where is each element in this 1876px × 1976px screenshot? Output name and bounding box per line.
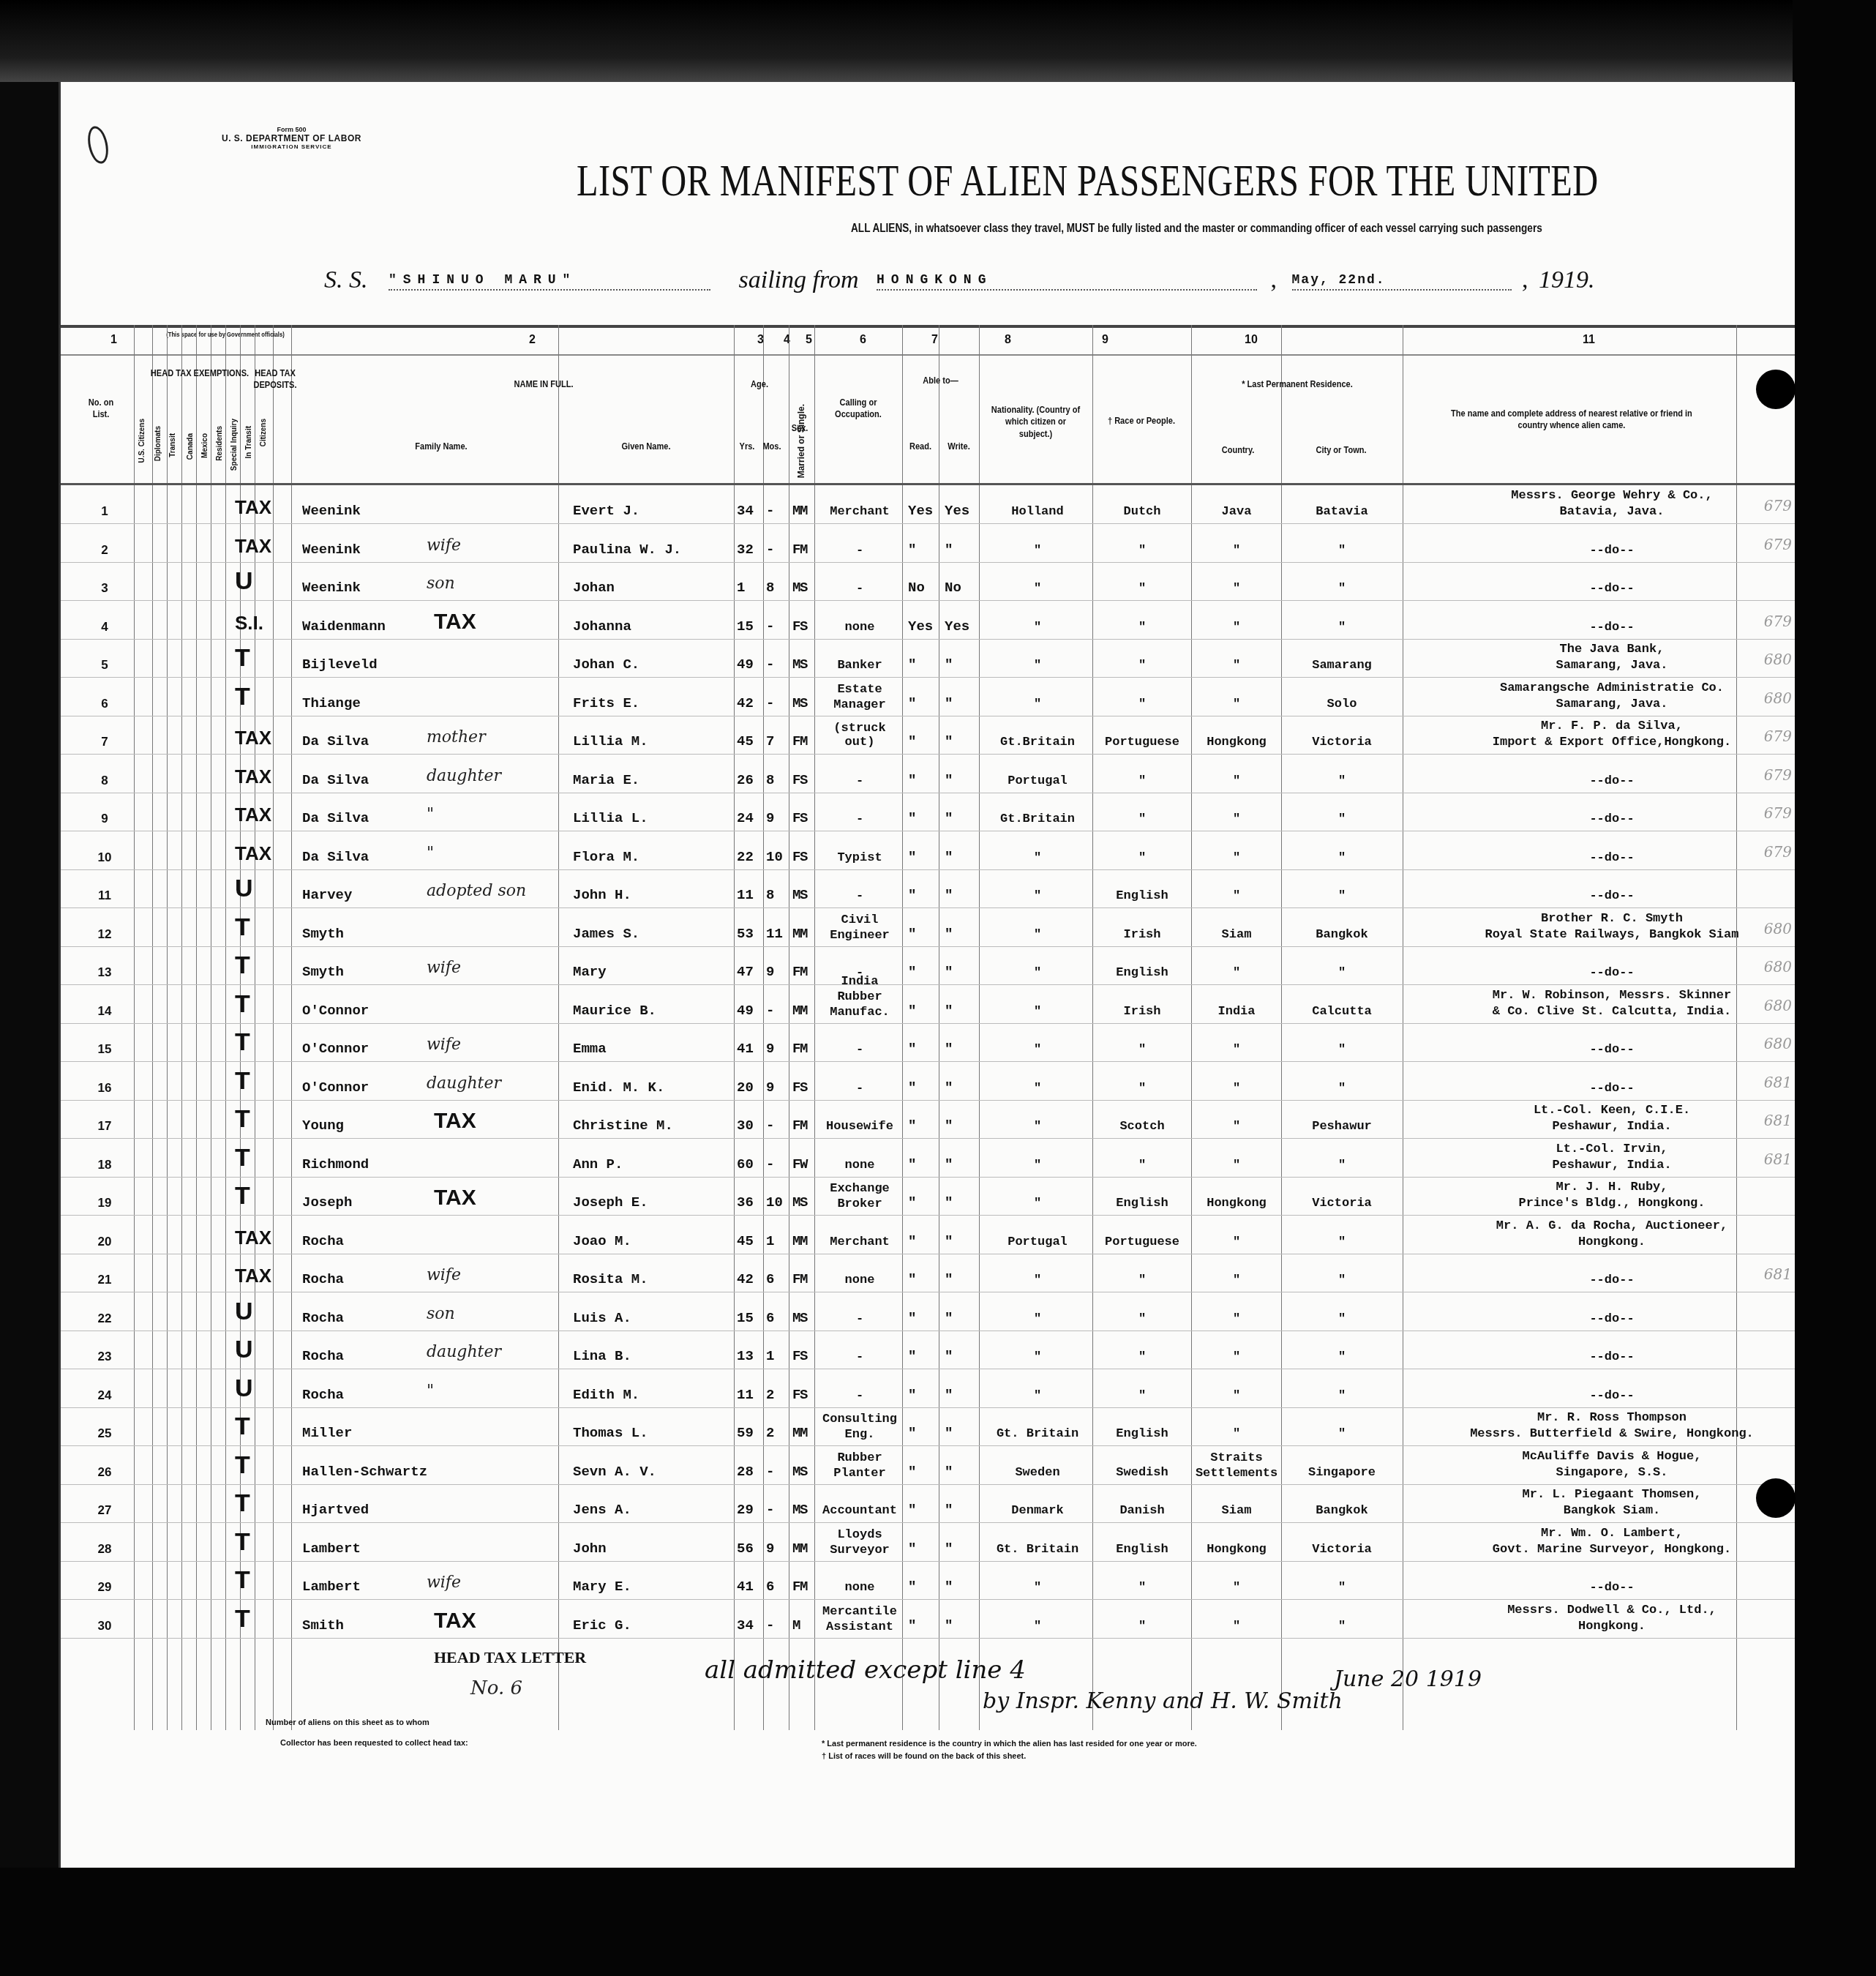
marital-status: S [800, 1079, 808, 1096]
marital-status: S [800, 810, 808, 826]
col-mos: Mos. [759, 441, 784, 452]
marital-status: M [800, 1425, 808, 1441]
nearest-relative-address: --do-- [1436, 1273, 1787, 1289]
line-number: 12 [83, 927, 127, 942]
head-tax-mark: T [235, 683, 250, 711]
subcol-transit: Transit [169, 433, 177, 457]
given-name: Sevn A. V. [573, 1464, 656, 1480]
age-years: 49 [737, 656, 754, 673]
relation-note: wife [427, 959, 461, 977]
residence-country: " [1193, 1620, 1280, 1633]
residence-city: " [1283, 774, 1401, 788]
age-years: 15 [737, 1310, 754, 1326]
department-name: U. S. DEPARTMENT OF LABOR [222, 133, 361, 143]
head-tax-mark: T [235, 1489, 250, 1518]
relation-note: TAX [434, 1109, 476, 1134]
given-name: Paulina W. J. [573, 542, 681, 558]
table-row: 21TAXRochawifeRosita M.426FMnone""""""--… [61, 1254, 1795, 1292]
pencil-annotation: 681 [1764, 1265, 1792, 1283]
residence-country: " [1193, 774, 1280, 788]
residence-city: Batavia [1283, 505, 1401, 519]
can-read: " [908, 1003, 916, 1019]
address-line: Lt.-Col. Irvin, [1436, 1142, 1787, 1158]
col-race: † Race or People. [1101, 415, 1182, 427]
can-read: " [908, 695, 916, 711]
residence-city: Bangkok [1283, 1504, 1401, 1518]
age-months: - [766, 1118, 774, 1134]
nearest-relative-address: Mr. Wm. O. Lambert,Govt. Marine Surveyor… [1436, 1526, 1787, 1558]
age-years: 59 [737, 1425, 754, 1441]
line-number: 29 [83, 1580, 127, 1595]
race: " [1094, 1159, 1190, 1172]
race: " [1094, 1581, 1190, 1595]
can-write: " [945, 1003, 953, 1019]
nationality: " [984, 1043, 1091, 1057]
address-line: Govt. Marine Surveyor, Hongkong. [1436, 1542, 1787, 1558]
residence-city: " [1283, 1273, 1401, 1287]
age-years: 29 [737, 1502, 754, 1518]
age-months: 8 [766, 887, 774, 903]
line-number: 10 [83, 850, 127, 865]
col-num-1: 1 [110, 334, 117, 347]
can-write: " [945, 1233, 953, 1249]
table-row: 8TAXDa SilvadaughterMaria E.268FS-""Port… [61, 755, 1795, 793]
occupation: Estate Manager [819, 682, 901, 713]
nationality: " [984, 1273, 1091, 1287]
table-row: 5TBijleveldJohan C.49-MSBanker"""""Samar… [61, 639, 1795, 678]
nearest-relative-address: --do-- [1436, 1042, 1787, 1058]
address-line: --do-- [1436, 1081, 1787, 1097]
nationality: " [984, 697, 1091, 711]
residence-city: " [1283, 1581, 1401, 1595]
nationality: Holland [984, 505, 1091, 519]
head-tax-mark: T [235, 1605, 250, 1633]
can-write: " [945, 1041, 953, 1057]
nationality: " [984, 851, 1091, 865]
residence-country: " [1193, 1273, 1280, 1287]
age-months: 2 [766, 1387, 774, 1403]
residence-city: " [1283, 1082, 1401, 1096]
head-tax-mark: T [235, 1067, 250, 1096]
residence-country: Siam [1193, 928, 1280, 942]
race: English [1094, 1427, 1190, 1441]
family-name: O'Connor [302, 1041, 369, 1057]
relation-note: TAX [434, 1609, 476, 1633]
nationality: " [984, 1120, 1091, 1134]
col-given-name: Given Name. [584, 441, 708, 452]
table-row: 3UWeeninksonJohan18MS-NoNo""""--do-- [61, 562, 1795, 601]
occupation: - [819, 812, 901, 826]
col-no-on-list: No. on List. [79, 397, 123, 421]
pencil-annotation: 680 [1764, 920, 1792, 938]
col-age: Age. [738, 378, 781, 390]
address-line: --do-- [1436, 620, 1787, 636]
residence-country: " [1193, 1427, 1280, 1441]
age-years: 47 [737, 964, 754, 980]
col-head-tax-exemptions: HEAD TAX EXEMPTIONS. [150, 367, 249, 379]
nearest-relative-address: --do-- [1436, 965, 1787, 981]
nationality: " [984, 1350, 1091, 1364]
head-tax-mark: T [235, 1412, 250, 1441]
race: Portuguese [1094, 1235, 1190, 1249]
given-name: Rosita M. [573, 1271, 648, 1287]
table-row: 19TJosephTAXJoseph E.3610MSExchange Brok… [61, 1177, 1795, 1216]
age-months: - [766, 1003, 774, 1019]
age-years: 28 [737, 1464, 754, 1480]
given-name: Edith M. [573, 1387, 639, 1403]
admission-note: all admitted except line 4 [705, 1655, 1026, 1685]
race: " [1094, 1389, 1190, 1403]
given-name: Frits E. [573, 695, 639, 711]
relation-note: " [427, 805, 434, 823]
can-read: " [908, 1425, 916, 1441]
subcol-residents: Residents [216, 426, 224, 461]
race: " [1094, 1082, 1190, 1096]
nearest-relative-address: --do-- [1436, 1388, 1787, 1404]
table-row: 16TO'ConnordaughterEnid. M. K.209FS-""""… [61, 1062, 1795, 1101]
marital-status: M [800, 1118, 808, 1134]
address-line: Bangkok Siam. [1436, 1503, 1787, 1519]
marital-status: M [800, 1041, 808, 1057]
residence-city: Victoria [1283, 1197, 1401, 1210]
race: Danish [1094, 1504, 1190, 1518]
line-number: 19 [83, 1196, 127, 1210]
line-number: 11 [83, 888, 127, 903]
head-tax-mark: T [235, 1028, 250, 1057]
occupation: - [819, 1350, 901, 1364]
race: " [1094, 582, 1190, 596]
residence-country: " [1193, 1389, 1280, 1403]
can-write: " [945, 1387, 953, 1403]
family-name: Da Silva [302, 772, 369, 788]
line-number: 27 [83, 1503, 127, 1518]
pencil-annotation: 679 [1764, 536, 1792, 553]
occupation: Rubber Planter [819, 1451, 901, 1481]
ship-line: S. S. "SHINUO MARU" sailing from HONGKON… [324, 266, 1795, 296]
nationality: " [984, 1082, 1091, 1096]
age-years: 60 [737, 1156, 754, 1172]
col-name-in-full: NAME IN FULL. [481, 378, 606, 390]
table-row: 25TMillerThomas L.592MMConsulting Eng.""… [61, 1407, 1795, 1446]
line-number: 20 [83, 1235, 127, 1249]
table-row: 20TAXRochaJoao M.451MMMerchant""Portugal… [61, 1216, 1795, 1254]
nationality: " [984, 1389, 1091, 1403]
can-read: " [908, 656, 916, 673]
head-tax-mark: U [235, 567, 253, 596]
can-read: " [908, 1348, 916, 1364]
nearest-relative-address: --do-- [1436, 543, 1787, 559]
pencil-annotation: 680 [1764, 997, 1792, 1014]
address-line: Royal State Railways, Bangkok Siam [1436, 927, 1787, 943]
address-line: Hongkong. [1436, 1235, 1787, 1251]
age-years: 15 [737, 618, 754, 635]
address-line: --do-- [1436, 581, 1787, 597]
age-months: - [766, 618, 774, 635]
table-row: 9TAXDa Silva"Lillia L.249FS-""Gt.Britain… [61, 793, 1795, 831]
age-months: 8 [766, 580, 774, 596]
address-line: Messrs. Butterfield & Swire, Hongkong. [1436, 1426, 1787, 1442]
residence-city: " [1283, 1427, 1401, 1441]
nearest-relative-address: --do-- [1436, 1311, 1787, 1328]
relation-note: son [427, 575, 455, 593]
occupation: Accountant [819, 1504, 901, 1518]
head-tax-mark: TAX [235, 766, 271, 788]
given-name: Maurice B. [573, 1003, 656, 1019]
can-write: " [945, 1271, 953, 1287]
occupation: - [819, 1082, 901, 1096]
col-read: Read. [905, 441, 937, 452]
age-years: 11 [737, 887, 754, 903]
marital-status: M [800, 733, 808, 749]
marital-status: M [800, 1579, 808, 1595]
scan-top-border [0, 0, 1876, 82]
occupation: Exchange Broker [819, 1181, 901, 1212]
subcol-in-transit: In Transit [245, 426, 253, 458]
relation-note: daughter [427, 767, 501, 785]
line-number: 15 [83, 1042, 127, 1057]
can-write: Yes [945, 618, 969, 635]
age-months: 7 [766, 733, 774, 749]
residence-city: " [1283, 1043, 1401, 1057]
family-name: Weenink [302, 503, 361, 519]
address-line: --do-- [1436, 888, 1787, 905]
given-name: Thomas L. [573, 1425, 648, 1441]
can-read: " [908, 849, 916, 865]
line-number: 25 [83, 1426, 127, 1441]
relation-note: adopted son [427, 882, 526, 900]
address-line: Mr. R. Ross Thompson [1436, 1410, 1787, 1426]
residence-country: " [1193, 659, 1280, 673]
ship-name: "SHINUO MARU" [389, 273, 710, 291]
relation-note: wife [427, 1036, 461, 1054]
family-name: Lambert [302, 1541, 361, 1557]
pencil-annotation: 681 [1764, 1074, 1792, 1091]
head-tax-mark: U [235, 1298, 253, 1326]
occupation: - [819, 1043, 901, 1057]
nearest-relative-address: --do-- [1436, 812, 1787, 828]
nearest-relative-address: Mr. W. Robinson, Messrs. Skinner& Co. Cl… [1436, 988, 1787, 1020]
nearest-relative-address: --do-- [1436, 1081, 1787, 1097]
head-tax-mark: T [235, 1144, 250, 1172]
can-read: " [908, 964, 916, 980]
given-name: Emma [573, 1041, 607, 1057]
pencil-annotation: 680 [1764, 689, 1792, 707]
col-num-7: 7 [931, 334, 938, 347]
age-months: 11 [766, 926, 783, 942]
nationality: " [984, 1159, 1091, 1172]
address-line: --do-- [1436, 1580, 1787, 1596]
line-number: 2 [83, 543, 127, 558]
can-write: " [945, 542, 953, 558]
residence-city: " [1283, 851, 1401, 865]
nationality: Gt.Britain [984, 812, 1091, 826]
nearest-relative-address: Mr. A. G. da Rocha, Auctioneer,Hongkong. [1436, 1219, 1787, 1251]
can-write: " [945, 1502, 953, 1518]
nationality: " [984, 928, 1091, 942]
head-tax-letter-stamp: HEAD TAX LETTER [434, 1648, 586, 1667]
sex: M [792, 1617, 800, 1633]
family-name: Rocha [302, 1348, 344, 1364]
relation-note: TAX [434, 610, 476, 635]
race: " [1094, 1350, 1190, 1364]
head-tax-mark: U [235, 1336, 253, 1364]
race: " [1094, 1620, 1190, 1633]
family-name: Da Silva [302, 733, 369, 749]
residence-city: Samarang [1283, 659, 1401, 673]
age-years: 30 [737, 1118, 754, 1134]
nearest-relative-address: Mr. J. H. Ruby,Prince's Bldg., Hongkong. [1436, 1180, 1787, 1212]
can-write: " [945, 810, 953, 826]
residence-country: " [1193, 582, 1280, 596]
relation-note: daughter [427, 1074, 501, 1093]
can-write: No [945, 580, 961, 596]
col-relative: The name and complete address of nearest… [1438, 408, 1706, 432]
pencil-annotation: 681 [1764, 1150, 1792, 1168]
pencil-annotation: 679 [1764, 727, 1792, 745]
address-line: Mr. L. Piegaant Thomsen, [1436, 1487, 1787, 1503]
address-line: Batavia, Java. [1436, 504, 1787, 520]
can-write: " [945, 1118, 953, 1134]
table-row: 22URochasonLuis A.156MS-""""""--do-- [61, 1292, 1795, 1331]
col-nationality: Nationality. (Country of which citizen o… [991, 404, 1081, 440]
race: " [1094, 1043, 1190, 1057]
family-name: Weenink [302, 580, 361, 596]
race: " [1094, 851, 1190, 865]
nationality: " [984, 1581, 1091, 1595]
nationality: Portugal [984, 1235, 1091, 1249]
port-name: HONGKONG [877, 273, 1257, 291]
sailing-date: May, 22nd. [1292, 273, 1512, 291]
family-name: Weenink [302, 542, 361, 558]
col-calling: Calling or Occupation. [824, 397, 893, 421]
nearest-relative-address: --do-- [1436, 774, 1787, 790]
marital-status: S [800, 695, 808, 711]
given-name: Joseph E. [573, 1194, 648, 1210]
occupation: - [819, 774, 901, 788]
can-write: " [945, 1194, 953, 1210]
line-number: 30 [83, 1619, 127, 1633]
sailing-year: 1919. [1539, 266, 1595, 293]
residence-country: " [1193, 812, 1280, 826]
residence-city: Victoria [1283, 736, 1401, 749]
residence-city: Bangkok [1283, 928, 1401, 942]
residence-country: Java [1193, 505, 1280, 519]
head-tax-mark: TAX [235, 535, 271, 558]
pencil-annotation: 679 [1764, 804, 1792, 822]
race: Swedish [1094, 1466, 1190, 1480]
table-row: 26THallen-SchwartzSevn A. V.28-MSRubber … [61, 1446, 1795, 1485]
table-row: 12TSmythJames S.5311MMCivil Engineer"""I… [61, 908, 1795, 947]
occupation: - [819, 1312, 901, 1326]
residence-country: " [1193, 1235, 1280, 1249]
can-write: " [945, 849, 953, 865]
address-line: Samarangsche Administratie Co. [1436, 681, 1787, 697]
marital-status: S [800, 1310, 808, 1326]
residence-city: Peshawur [1283, 1120, 1401, 1134]
age-years: 32 [737, 542, 754, 558]
residence-city: " [1283, 582, 1401, 596]
given-name: Lillia L. [573, 810, 648, 826]
age-years: 1 [737, 580, 745, 596]
nationality: Portugal [984, 774, 1091, 788]
head-tax-mark: S.I. [235, 612, 263, 635]
head-tax-mark: T [235, 913, 250, 942]
occupation: India Rubber Manufac. [819, 974, 901, 1020]
marital-status: M [800, 1233, 808, 1249]
address-line: --do-- [1436, 543, 1787, 559]
footnote-residence: * Last permanent residence is the countr… [822, 1740, 1197, 1748]
occupation: none [819, 1159, 901, 1172]
occupation: - [819, 889, 901, 903]
residence-country: " [1193, 544, 1280, 558]
can-write: " [945, 1156, 953, 1172]
can-read: Yes [908, 618, 933, 635]
residence-country: " [1193, 851, 1280, 865]
nationality: " [984, 582, 1091, 596]
occupation: none [819, 621, 901, 635]
table-row: 30TSmithTAXEric G.34-MMercantile Assista… [61, 1600, 1795, 1639]
given-name: Mary [573, 964, 607, 980]
can-write: " [945, 733, 953, 749]
marital-status: M [800, 503, 808, 519]
col-write: Write. [942, 441, 976, 452]
head-tax-mark: T [235, 951, 250, 980]
line-number: 28 [83, 1542, 127, 1557]
can-write: " [945, 1541, 953, 1557]
address-line: Prince's Bldg., Hongkong. [1436, 1196, 1787, 1212]
occupation: Civil Engineer [819, 913, 901, 943]
marital-status: M [800, 542, 808, 558]
address-line: Mr. F. P. da Silva, [1436, 719, 1787, 735]
line-number: 9 [83, 812, 127, 826]
table-row: 24URocha"Edith M.112FS-""""""--do-- [61, 1369, 1795, 1408]
pencil-annotation: 681 [1764, 1112, 1792, 1129]
family-name: Smyth [302, 926, 344, 942]
col-married-single: Married or Single. [796, 404, 806, 478]
table-row: 4S.I.WaidenmannTAXJohanna15-FSnoneYesYes… [61, 601, 1795, 640]
head-tax-mark: T [235, 1566, 250, 1595]
residence-city: " [1283, 1350, 1401, 1364]
line-number: 14 [83, 1004, 127, 1019]
family-name: O'Connor [302, 1003, 369, 1019]
head-tax-mark: T [235, 1105, 250, 1134]
head-tax-mark: TAX [235, 1227, 271, 1249]
family-name: Richmond [302, 1156, 369, 1172]
nearest-relative-address: --do-- [1436, 850, 1787, 867]
nationality: " [984, 1005, 1091, 1019]
address-line: Messrs. George Wehry & Co., [1436, 488, 1787, 504]
subcol-us-citizens: U.S. Citizens [138, 419, 146, 463]
age-years: 13 [737, 1348, 754, 1364]
nearest-relative-address: Mr. R. Ross ThompsonMessrs. Butterfield … [1436, 1410, 1787, 1442]
relation-note: wife [427, 1266, 461, 1284]
residence-city: " [1283, 889, 1401, 903]
can-read: " [908, 1041, 916, 1057]
given-name: Flora M. [573, 849, 639, 865]
family-name: Rocha [302, 1310, 344, 1326]
family-name: O'Connor [302, 1079, 369, 1096]
address-line: Brother R. C. Smyth [1436, 911, 1787, 927]
residence-country: " [1193, 1159, 1280, 1172]
family-name: Harvey [302, 887, 352, 903]
line-number: 8 [83, 774, 127, 788]
subcol-citizens: Citizens [260, 419, 268, 446]
col-yrs: Yrs. [735, 441, 759, 452]
can-read: " [908, 1118, 916, 1134]
race: English [1094, 1543, 1190, 1557]
pencil-annotation: 680 [1764, 1035, 1792, 1052]
age-months: 6 [766, 1271, 774, 1287]
